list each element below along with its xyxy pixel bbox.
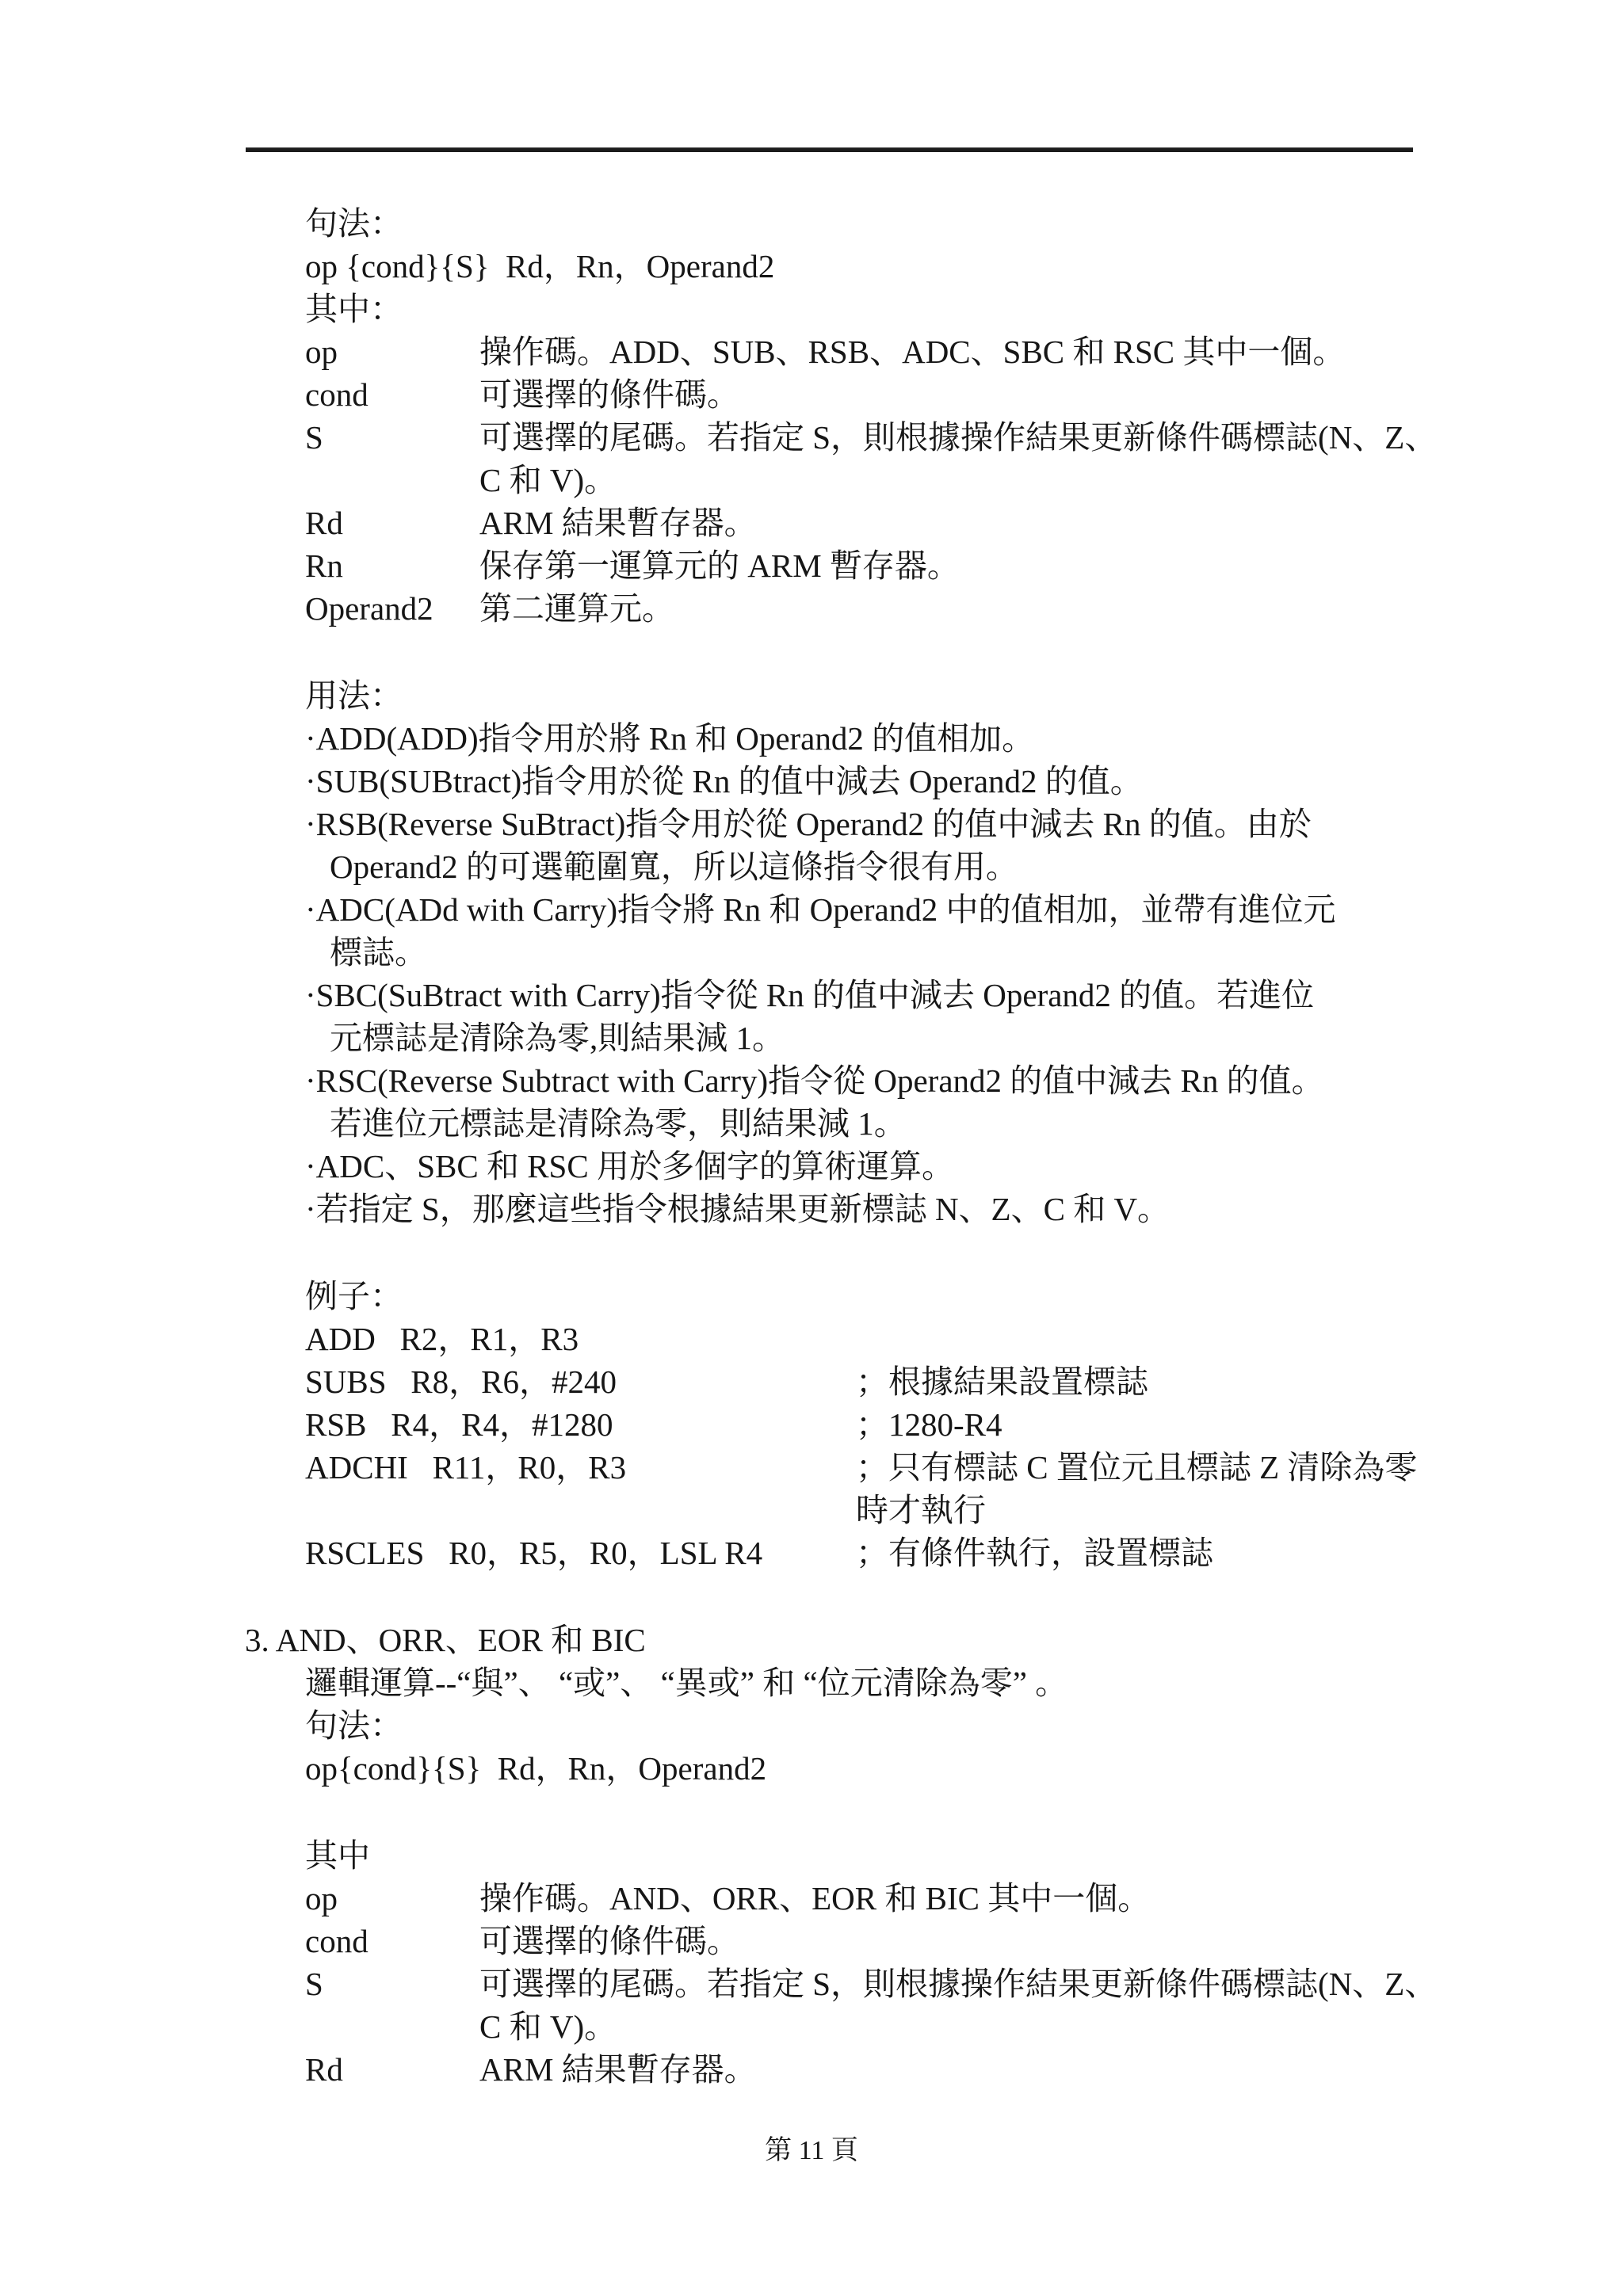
syntax-line: op {cond}{S} Rd，Rn，Operand2 <box>305 245 1623 288</box>
usage-line: ·RSC(Reverse Subtract with Carry)指令從 Ope… <box>305 1059 1623 1102</box>
usage-line: ·ADC(ADd with Carry)指令將 Rn 和 Operand2 中的… <box>305 888 1623 931</box>
example-code: RSCLES R0，R5，R0，LSL R4 <box>305 1531 856 1574</box>
param-term: S <box>305 416 479 459</box>
vertical-gap <box>0 1790 1623 1834</box>
where-label: 其中： <box>305 288 1623 330</box>
param-row: op 操作碼。AND、ORR、EOR 和 BIC 其中一個。 <box>305 1877 1623 1920</box>
syntax-label: 句法： <box>305 1704 1623 1747</box>
param-desc: 保存第一運算元的 ARM 暫存器。 <box>479 544 1623 587</box>
param-row: Rd ARM 結果暫存器。 <box>305 2048 1623 2091</box>
example-code: SUBS R8，R6，#240 <box>305 1360 856 1403</box>
examples-label: 例子： <box>305 1275 1623 1318</box>
param-term: S <box>305 1962 479 2005</box>
usage-line: ·SUB(SUBtract)指令用於從 Rn 的值中減去 Operand2 的值… <box>305 760 1623 803</box>
param-row: op 操作碼。ADD、SUB、RSB、ADC、SBC 和 RSC 其中一個。 <box>305 330 1623 373</box>
syntax-label: 句法： <box>305 202 1623 245</box>
usage-label: 用法： <box>305 674 1623 717</box>
param-desc: 操作碼。AND、ORR、EOR 和 BIC 其中一個。 <box>479 1877 1623 1920</box>
param-desc: 第二運算元。 <box>479 587 1623 630</box>
example-code <box>305 1489 856 1531</box>
param-term: Rn <box>305 544 479 587</box>
param-row: Rn 保存第一運算元的 ARM 暫存器。 <box>305 544 1623 587</box>
param-desc: C 和 V)。 <box>479 459 1623 502</box>
usage-line: ·SBC(SuBtract with Carry)指令從 Rn 的值中減去 Op… <box>305 974 1623 1016</box>
example-comment: 時才執行 <box>856 1489 1623 1531</box>
param-row: cond 可選擇的條件碼。 <box>305 1920 1623 1962</box>
example-row: ADD R2，R1，R3 <box>305 1318 1623 1360</box>
page-number: 第 11 頁 <box>0 2130 1623 2172</box>
header-rule <box>246 147 1413 152</box>
param-desc: 可選擇的條件碼。 <box>479 373 1623 416</box>
param-desc: 操作碼。ADD、SUB、RSB、ADC、SBC 和 RSC 其中一個。 <box>479 330 1623 373</box>
usage-line-continuation: 元標誌是清除為零,則結果減 1。 <box>330 1016 1623 1059</box>
param-desc: 可選擇的條件碼。 <box>479 1920 1623 1962</box>
param-term <box>305 2005 479 2048</box>
section-description: 邏輯運算--“與”、 “或”、 “異或” 和 “位元清除為零” 。 <box>305 1661 1623 1704</box>
example-row: RSCLES R0，R5，R0，LSL R4 ；有條件執行，設置標誌 <box>305 1531 1623 1574</box>
param-term: cond <box>305 373 479 416</box>
usage-line-continuation: 標誌。 <box>330 931 1623 974</box>
param-desc: 可選擇的尾碼。若指定 S，則根據操作結果更新條件碼標誌(N、Z、 <box>479 1962 1623 2005</box>
example-row: SUBS R8，R6，#240 ；根據結果設置標誌 <box>305 1360 1623 1403</box>
param-row-continuation: C 和 V)。 <box>305 459 1623 502</box>
usage-line: ·RSB(Reverse SuBtract)指令用於從 Operand2 的值中… <box>305 803 1623 845</box>
vertical-gap <box>0 630 1623 674</box>
param-row: cond 可選擇的條件碼。 <box>305 373 1623 416</box>
param-desc: ARM 結果暫存器。 <box>479 502 1623 544</box>
usage-line: ·ADC、SBC 和 RSC 用於多個字的算術運算。 <box>305 1145 1623 1188</box>
example-comment: ；只有標誌 C 置位元且標誌 Z 清除為零 <box>856 1446 1623 1489</box>
where-label: 其中 <box>305 1834 1623 1877</box>
param-term: Operand2 <box>305 587 479 630</box>
param-term: Rd <box>305 2048 479 2091</box>
example-row: ADCHI R11，R0，R3 ；只有標誌 C 置位元且標誌 Z 清除為零 <box>305 1446 1623 1489</box>
param-row-continuation: C 和 V)。 <box>305 2005 1623 2048</box>
usage-line-continuation: 若進位元標誌是清除為零，則結果減 1。 <box>330 1102 1623 1145</box>
param-term: cond <box>305 1920 479 1962</box>
param-desc: 可選擇的尾碼。若指定 S，則根據操作結果更新條件碼標誌(N、Z、 <box>479 416 1623 459</box>
param-desc: ARM 結果暫存器。 <box>479 2048 1623 2091</box>
usage-line: ·若指定 S，那麼這些指令根據結果更新標誌 N、Z、C 和 V。 <box>305 1188 1623 1230</box>
example-code: ADCHI R11，R0，R3 <box>305 1446 856 1489</box>
example-comment: ；1280-R4 <box>856 1403 1623 1446</box>
param-term: Rd <box>305 502 479 544</box>
param-row: S 可選擇的尾碼。若指定 S，則根據操作結果更新條件碼標誌(N、Z、 <box>305 1962 1623 2005</box>
example-code: RSB R4，R4，#1280 <box>305 1403 856 1446</box>
section-heading: 3. AND、ORR、EOR 和 BIC <box>245 1619 1623 1661</box>
param-term <box>305 459 479 502</box>
example-comment: ；根據結果設置標誌 <box>856 1360 1623 1403</box>
page-content: 句法： op {cond}{S} Rd，Rn，Operand2 其中： op 操… <box>0 202 1623 2091</box>
example-code: ADD R2，R1，R3 <box>305 1318 856 1360</box>
param-row: S 可選擇的尾碼。若指定 S，則根據操作結果更新條件碼標誌(N、Z、 <box>305 416 1623 459</box>
param-row: Operand2 第二運算元。 <box>305 587 1623 630</box>
vertical-gap <box>0 1574 1623 1619</box>
example-comment <box>856 1318 1623 1360</box>
usage-line: ·ADD(ADD)指令用於將 Rn 和 Operand2 的值相加。 <box>305 717 1623 760</box>
param-term: op <box>305 330 479 373</box>
example-comment: ；有條件執行，設置標誌 <box>856 1531 1623 1574</box>
example-row-continuation: 時才執行 <box>305 1489 1623 1531</box>
vertical-gap <box>0 1230 1623 1275</box>
param-desc: C 和 V)。 <box>479 2005 1623 2048</box>
syntax-line: op{cond}{S} Rd，Rn，Operand2 <box>305 1747 1623 1790</box>
example-row: RSB R4，R4，#1280 ；1280-R4 <box>305 1403 1623 1446</box>
param-term: op <box>305 1877 479 1920</box>
usage-line-continuation: Operand2 的可選範圍寬，所以這條指令很有用。 <box>330 845 1623 888</box>
document-page: 句法： op {cond}{S} Rd，Rn，Operand2 其中： op 操… <box>0 0 1623 2296</box>
param-row: Rd ARM 結果暫存器。 <box>305 502 1623 544</box>
